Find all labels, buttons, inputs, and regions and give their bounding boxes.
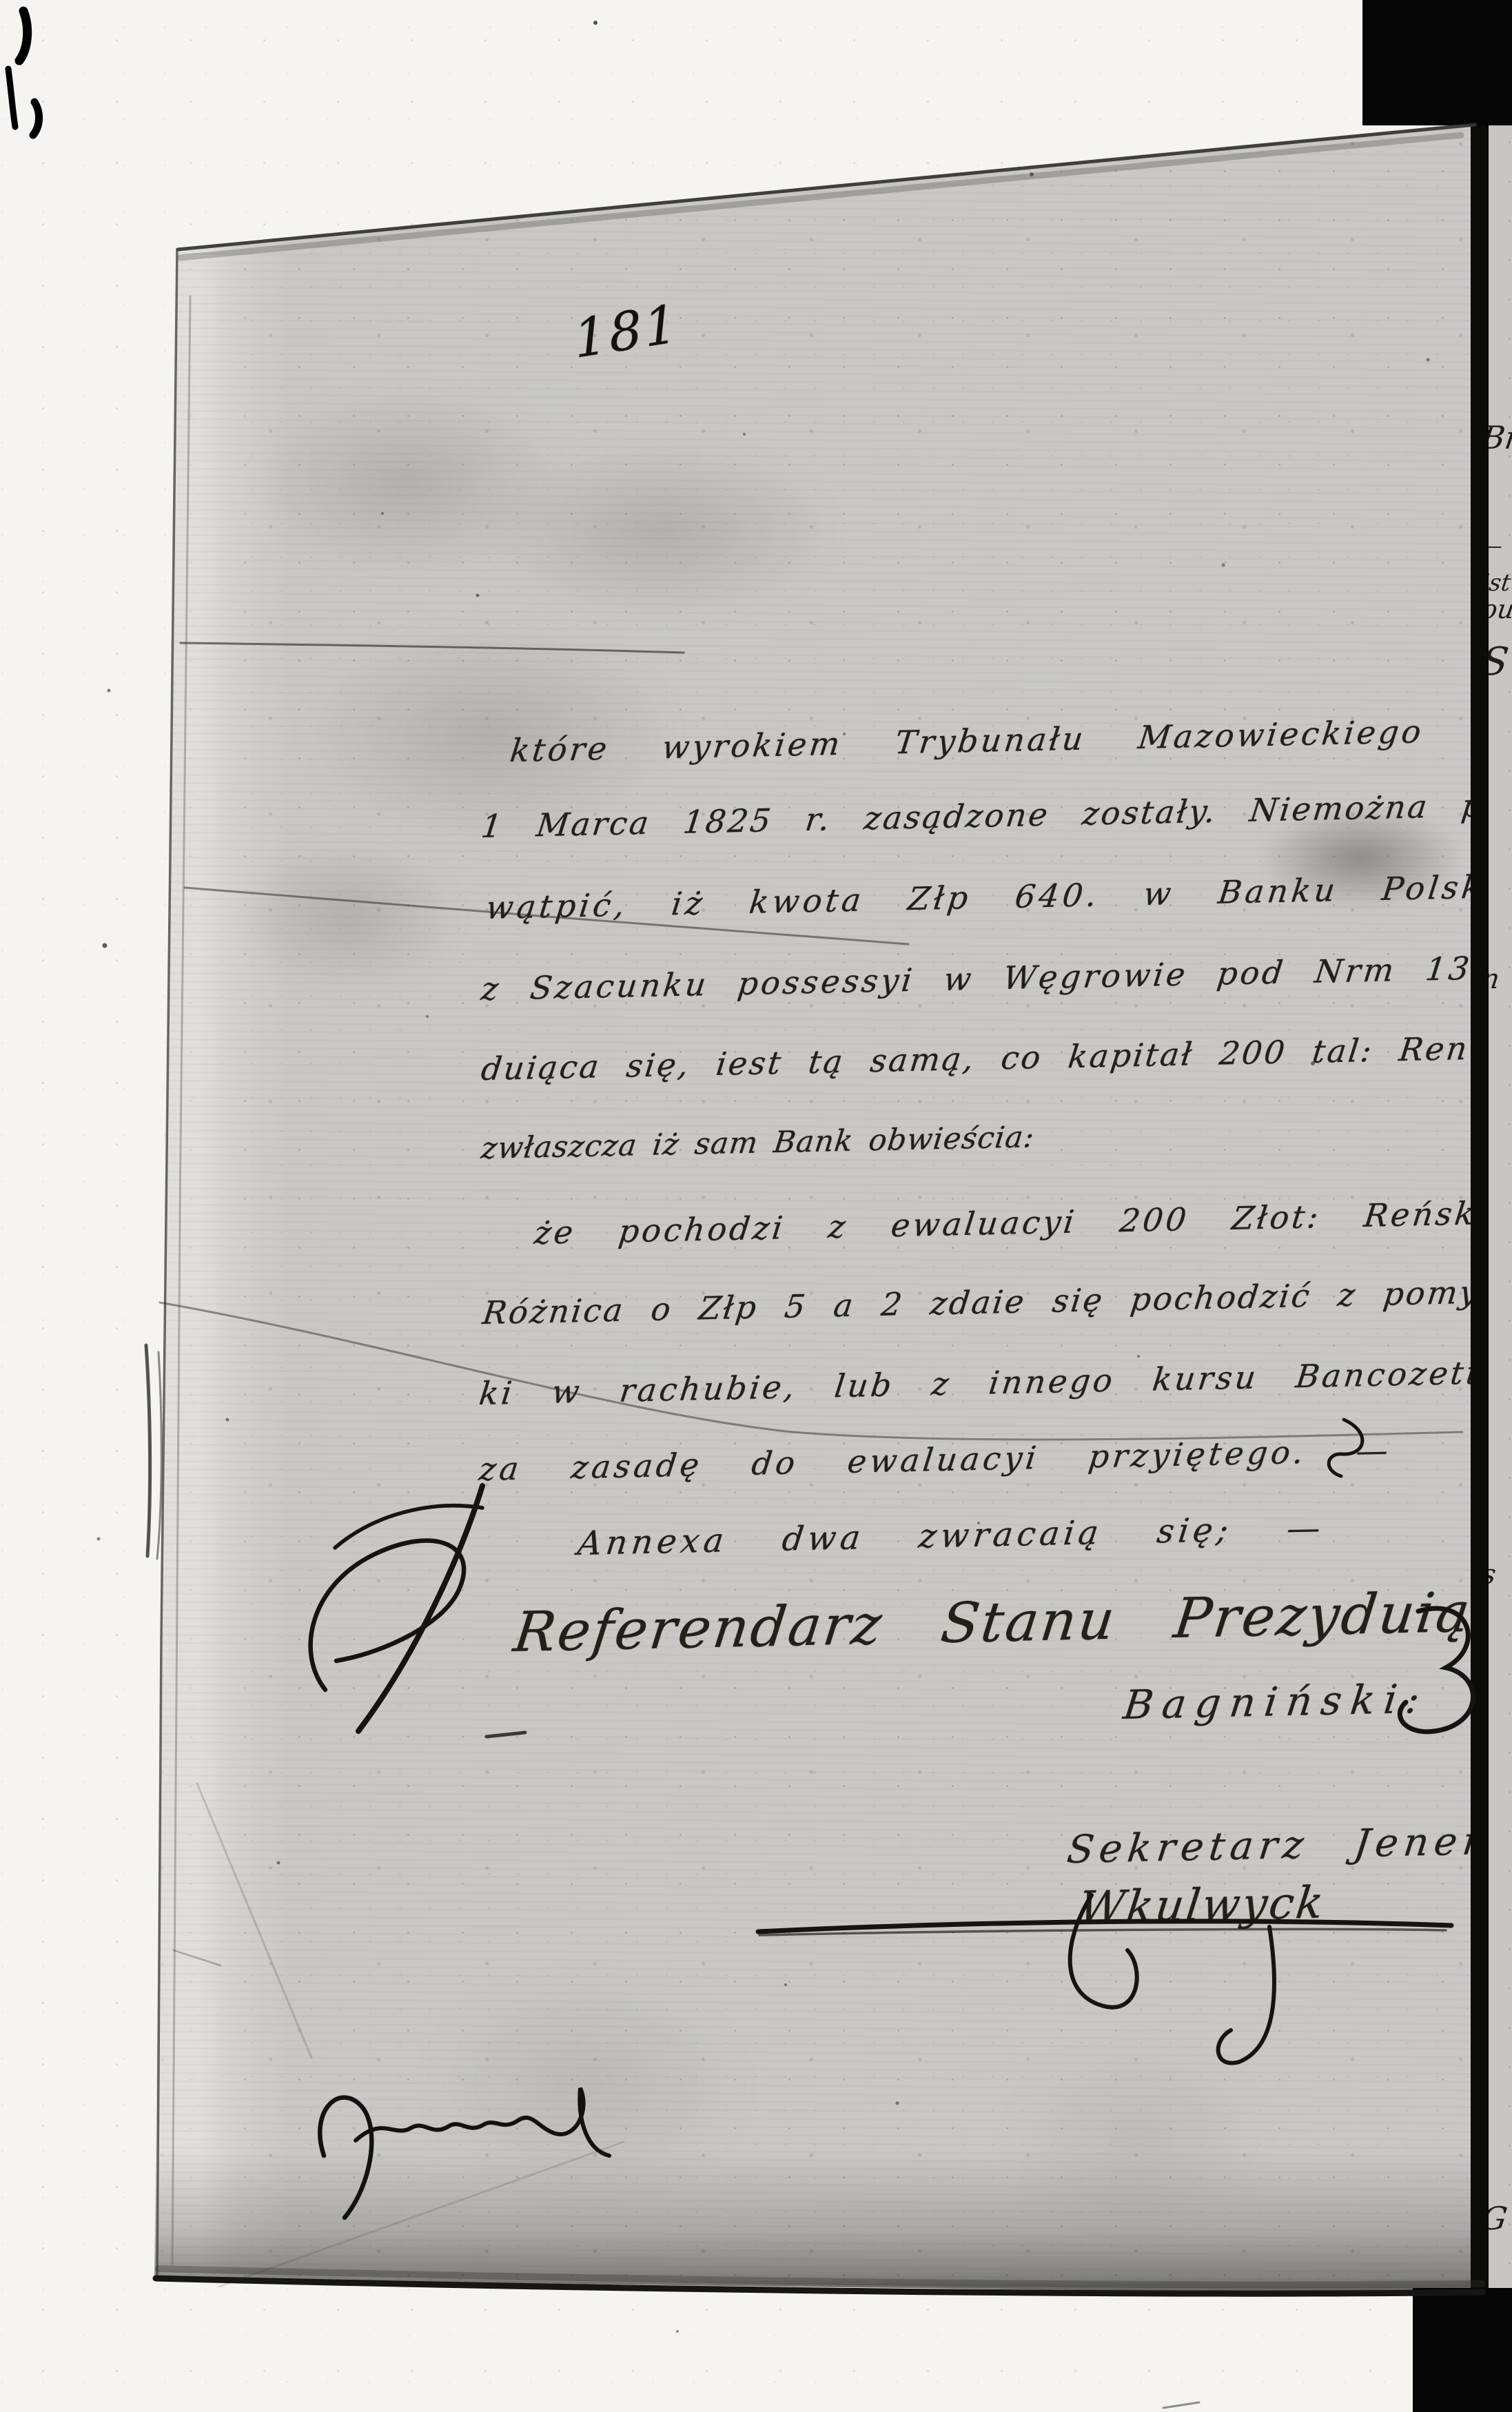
adjacent-page-sliver: Bn — ist ou S n s G [1489, 123, 1512, 2292]
official-title-referendarz: Referendarz Stanu Prezyduiący [511, 1579, 1512, 1664]
manuscript-line: wątpić, iż kwota Złp 640. w Banku Polski… [484, 867, 1512, 926]
manuscript-line: Różnica o Złp 5 a 2 zdaie się pochodzić … [480, 1273, 1494, 1331]
adjacent-page-text-fragment: — [1489, 534, 1504, 558]
scan-void-bottom-right [1413, 2288, 1512, 2412]
page-number: 181 [571, 292, 682, 370]
adjacent-page-text-fragment: n [1489, 963, 1502, 995]
signature-referendarz: Bagniński: [1121, 1675, 1431, 1728]
book-gutter-bar [1471, 121, 1489, 2298]
adjacent-page-text-fragment: s [1489, 1559, 1498, 1591]
scan-void-top-right [1362, 0, 1512, 125]
adjacent-page-text-fragment: ist [1489, 569, 1512, 597]
manuscript-line: zwłaszcza iż sam Bank obwieścia: [480, 1120, 1036, 1166]
manuscript-line: z Szacunku possessyi w Węgrowie pod Nrm … [479, 948, 1512, 1008]
manuscript-page: 181 które wyrokiem Trybunału Mazowieckie… [0, 0, 1512, 2412]
archival-scan-canvas: 181 które wyrokiem Trybunału Mazowieckie… [0, 0, 1512, 2412]
bleedthrough-blob [482, 441, 841, 620]
signature-sekretarz: Wkulwyck [1076, 1878, 1328, 1934]
page-bottom-shadow [124, 2150, 1512, 2296]
adjacent-page-text-fragment: Bn [1489, 419, 1512, 456]
adjacent-page-text-fragment: G [1489, 2200, 1510, 2237]
scanner-debris-marks [8, 11, 39, 135]
official-title-sekretarz: Sekretarz Jeneralny [1065, 1817, 1512, 1872]
manuscript-line-annexa: Annexa dwa zwracaią się; — [575, 1509, 1327, 1563]
adjacent-page-text-fragment: ou [1489, 594, 1512, 624]
manuscript-line: że pochodzi z ewaluacyi 200 Złot: Reński… [532, 1194, 1512, 1251]
manuscript-line: za zasadę do ewaluacyi przyiętego. — [477, 1431, 1393, 1488]
manuscript-line: duiąca się, iest tą samą, co kapitał 200… [479, 1030, 1471, 1087]
adjacent-page-text-fragment: S [1489, 640, 1511, 684]
bleedthrough-blob [234, 841, 462, 992]
manuscript-line: ki w rachubie, lub z innego kursu Bancoz… [477, 1353, 1509, 1412]
